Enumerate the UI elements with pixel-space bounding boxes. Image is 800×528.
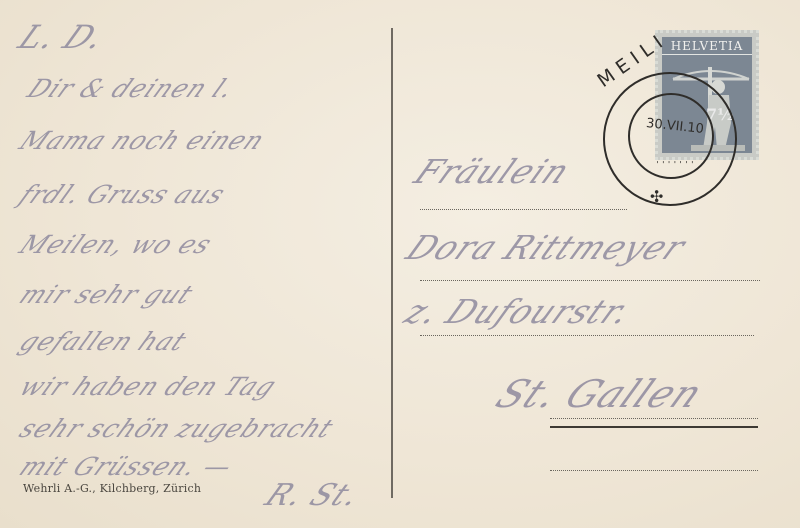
message-line: wir haben den Tag (14, 372, 282, 401)
address-underline-destination (550, 426, 758, 428)
address-line (420, 209, 627, 210)
stamp-country: HELVETIA (662, 39, 752, 53)
center-divider (391, 28, 393, 498)
message-line: frdl. Gruss aus (14, 180, 231, 209)
address-salutation: Fräulein (408, 152, 578, 191)
address-city: St. Gallen (488, 372, 711, 416)
message-line: Mama noch einen (14, 126, 270, 155)
message-signature: R. St. (259, 478, 367, 513)
stamp-divider (662, 54, 752, 55)
address-line (420, 335, 754, 336)
message-greeting: L. D. (12, 18, 113, 56)
message-line: sehr schön zugebracht (14, 414, 339, 443)
message-line: mir sehr gut (14, 280, 199, 309)
address-line (550, 418, 758, 419)
message-line: Meilen, wo es (14, 230, 218, 259)
swiss-cross-icon: ✣ (650, 187, 663, 206)
address-line (420, 280, 760, 281)
address-line (550, 470, 758, 471)
postmark-ticks: ''''''' (655, 160, 696, 169)
publisher-imprint: Wehrli A.-G., Kilchberg, Zürich (23, 482, 201, 495)
message-line: Dir & deinen l. (22, 74, 240, 103)
postcard: L. D. Dir & deinen l. Mama noch einen fr… (0, 0, 800, 528)
address-street: z. Dufourstr. (398, 292, 640, 331)
address-name: Dora Rittmeyer (400, 228, 694, 267)
message-line: mit Grüssen. — (14, 452, 239, 481)
message-line: gefallen hat (14, 327, 192, 356)
